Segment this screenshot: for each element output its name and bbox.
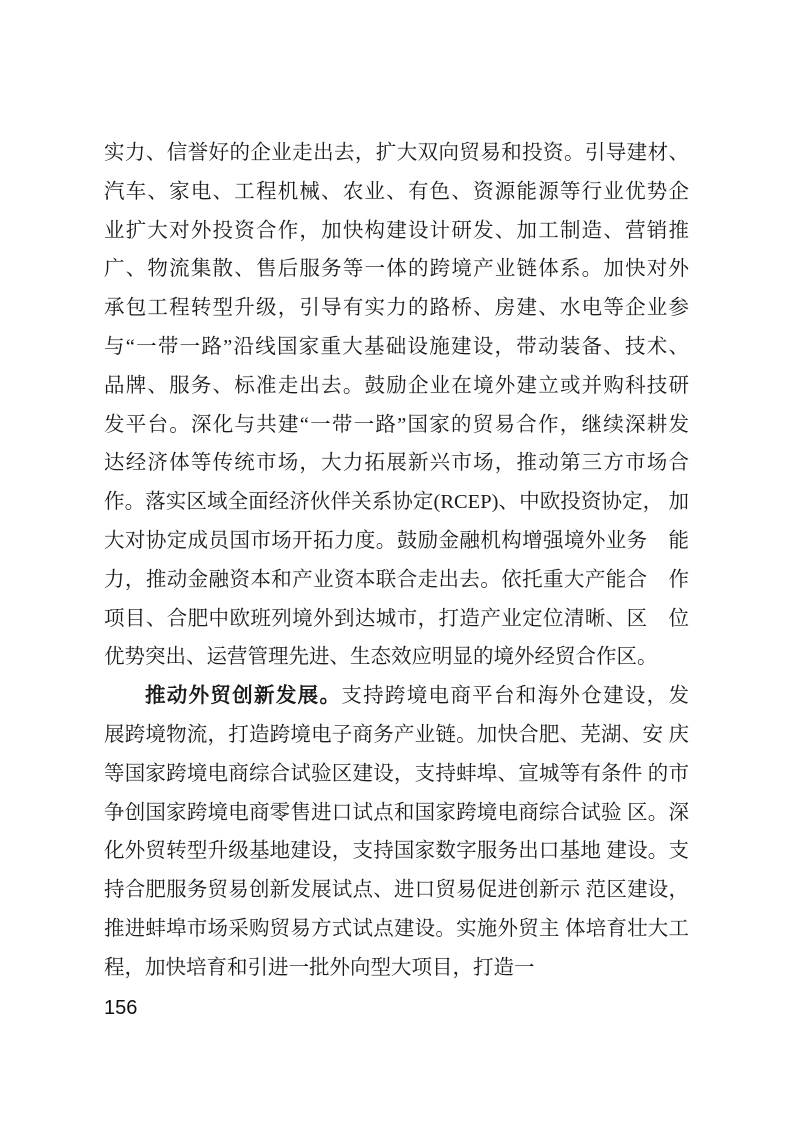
- text-line: 业扩大对外投资合作，加快构建设计研发、加工制造、营销推: [104, 212, 689, 251]
- paragraph: 实力、信誉好的企业走出去，扩大双向贸易和投资。引导建材、汽车、家电、工程机械、农…: [104, 134, 689, 677]
- text-line: 汽车、家电、工程机械、农业、有色、资源能源等行业优势企: [104, 173, 689, 212]
- page-number: 156: [104, 997, 137, 1020]
- paragraph-bold-lead: 推动外贸创新发展。: [145, 685, 341, 707]
- text-line: 推动外贸创新发展。支持跨境电商平台和海外仓建设，发: [104, 677, 689, 716]
- text-line: 优势突出、运营管理先进、生态效应明显的境外经贸合作区。: [104, 638, 689, 677]
- paragraph: 推动外贸创新发展。支持跨境电商平台和海外仓建设，发展跨境物流，打造跨境电子商务产…: [104, 677, 689, 987]
- text-line: 推进蚌埠市场采购贸易方式试点建设。实施外贸主 体培育壮大工: [104, 910, 689, 949]
- document-page: 实力、信誉好的企业走出去，扩大双向贸易和投资。引导建材、汽车、家电、工程机械、农…: [0, 0, 793, 1122]
- text-line: 展跨境物流，打造跨境电子商务产业链。加快合肥、芜湖、安 庆: [104, 716, 689, 755]
- document-body: 实力、信誉好的企业走出去，扩大双向贸易和投资。引导建材、汽车、家电、工程机械、农…: [104, 134, 689, 988]
- text-line: 化外贸转型升级基地建设，支持国家数字服务出口基地 建设。支: [104, 832, 689, 871]
- text-line: 大对协定成员国市场开拓力度。鼓励金融机构增强境外业务 能: [104, 522, 689, 561]
- text-line: 持合肥服务贸易创新发展试点、进口贸易促进创新示 范区建设，: [104, 871, 689, 910]
- text-line: 达经济体等传统市场，大力拓展新兴市场，推动第三方市场合: [104, 444, 689, 483]
- text-line: 发平台。深化与共建“一带一路”国家的贸易合作，继续深耕发: [104, 406, 689, 445]
- text-line: 品牌、服务、标准走出去。鼓励企业在境外建立或并购科技研: [104, 367, 689, 406]
- text-line: 与“一带一路”沿线国家重大基础设施建设，带动装备、技术、: [104, 328, 689, 367]
- text-line: 承包工程转型升级，引导有实力的路桥、房建、水电等企业参: [104, 289, 689, 328]
- text-line: 作。落实区域全面经济伙伴关系协定(RCEP)、中欧投资协定， 加: [104, 483, 689, 522]
- text-line: 争创国家跨境电商零售进口试点和国家跨境电商综合试验 区。深: [104, 794, 689, 833]
- text-line: 力，推动金融资本和产业资本联合走出去。依托重大产能合 作: [104, 561, 689, 600]
- text-line: 等国家跨境电商综合试验区建设，支持蚌埠、宣城等有条件 的市: [104, 755, 689, 794]
- text-line: 广、物流集散、售后服务等一体的跨境产业链体系。加快对外: [104, 250, 689, 289]
- text-line: 实力、信誉好的企业走出去，扩大双向贸易和投资。引导建材、: [104, 134, 689, 173]
- text-line: 程，加快培育和引进一批外向型大项目，打造一: [104, 949, 689, 988]
- text-line: 项目、合肥中欧班列境外到达城市，打造产业定位清晰、区 位: [104, 600, 689, 639]
